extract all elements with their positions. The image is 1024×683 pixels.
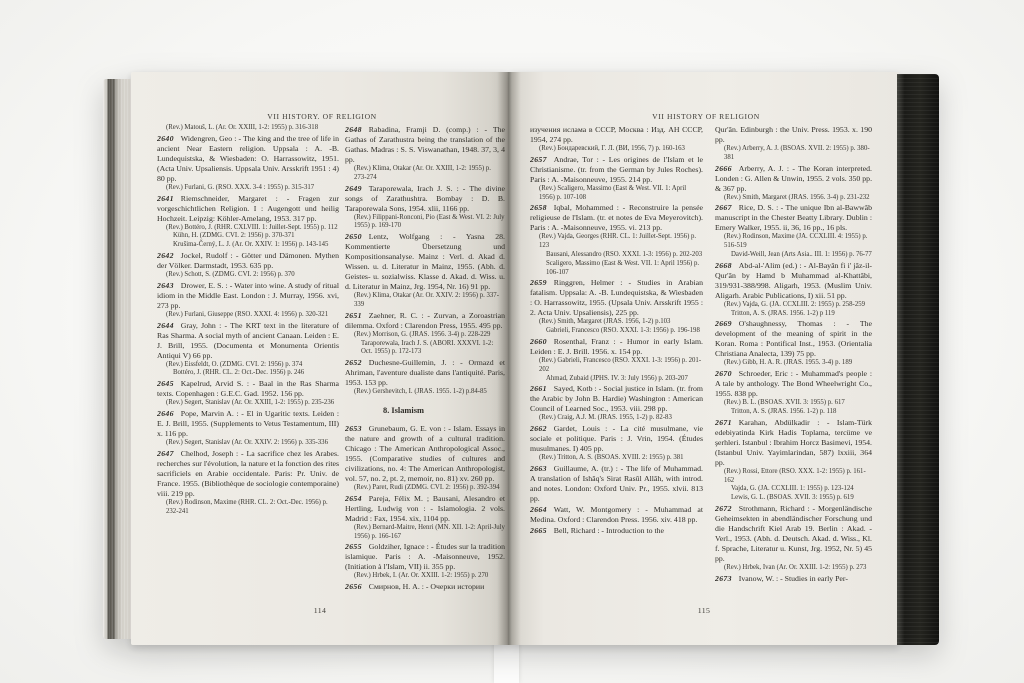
bibliography-entry: 2669O'shaughnessy, Thomas : - The develo… (715, 319, 872, 359)
bibliography-entry: 2671Karahan, Abdülkadir : - Islam-Türk e… (715, 418, 872, 468)
running-header: VII HISTORY OF RELIGION (527, 112, 885, 121)
review-citation: Ahmad, Zubaid (JPHS. IV. 3: July 1956) p… (530, 375, 703, 384)
bibliography-entry: 2642Jockel, Rudolf : - Götter und Dämone… (157, 251, 339, 271)
entry-number: 2670 (715, 369, 732, 378)
review-citation: (Rev.) Bernard-Maitre, Henri (MN. XII. 1… (345, 524, 505, 542)
entry-number: 2648 (345, 125, 362, 134)
entry-number: 2666 (715, 164, 732, 173)
bibliography-entry: 2643Drower, E. S. : - Water into wine. A… (157, 281, 339, 311)
review-citation: (Rev.) Gershevitch, I. (JRAS. 1955. 1-2)… (345, 388, 505, 397)
bibliography-entry: 2651Zaehner, R. C. : - Zurvan, a Zoroast… (345, 311, 505, 331)
entry-number: 2668 (715, 261, 732, 270)
entry-number: 2651 (345, 311, 362, 320)
entry-continuation: Qur'ân. Edinburgh : the Univ. Press. 195… (715, 125, 872, 145)
bibliography-entry: 2648Rabadina, Framji D. (comp.) : - The … (345, 125, 505, 165)
review-citation: (Rev.) Gibb, H. A. R. (JRAS. 1955. 3-4) … (715, 359, 872, 368)
entry-number: 2650 (345, 232, 362, 241)
entry-number: 2660 (530, 337, 547, 346)
review-citation: Gabrieli, Francesco (RSO. XXXI. 1-3: 195… (530, 327, 703, 336)
entry-number: 2654 (345, 494, 362, 503)
entry-number: 2641 (157, 194, 174, 203)
review-citation: (Rev.) Eissfeldt, O. (ZDMG. CVI. 2: 1956… (157, 361, 339, 370)
bibliography-entry: 2641Riemschneider, Margaret : - Fragen z… (157, 194, 339, 224)
entry-number: 2647 (157, 449, 174, 458)
text-column: (Rev.) Matouš, L. (Ar. Or. XXIII, 1-2: 1… (157, 124, 339, 602)
entry-number: 2658 (530, 203, 547, 212)
entry-number: 2665 (530, 526, 547, 535)
entry-number: 2657 (530, 155, 547, 164)
bibliography-entry: 2659Ringgren, Helmer : - Studies in Arab… (530, 278, 703, 318)
review-citation: (Rev.) Klima, Otakar (Ar. Or. XXIV. 2: 1… (345, 292, 505, 310)
bibliography-entry: 2660Rosenthal, Franz : - Humor in early … (530, 337, 703, 357)
entry-number: 2645 (157, 379, 174, 388)
entry-number: 2664 (530, 505, 547, 514)
entry-number: 2672 (715, 504, 732, 513)
entry-number: 2643 (157, 281, 174, 290)
review-citation: (Rev.) Smith, Margaret (JRAS. 1956. 3-4)… (715, 194, 872, 203)
bibliography-entry: 2650Lentz, Wolfgang : - Yasna 28. Kommen… (345, 232, 505, 292)
entry-number: 2644 (157, 321, 174, 330)
review-citation: (Rev.) Бондаревский, Г. Л. (ВИ, 1956, 7)… (530, 145, 703, 154)
review-citation: (Rev.) Arberry, A. J. (BSOAS. XVII. 2: 1… (715, 145, 872, 163)
entry-number: 2655 (345, 542, 362, 551)
review-citation: (Rev.) Hrbek, I. (Ar. Or. XXIII. 1-2: 19… (345, 572, 505, 581)
entry-number: 2642 (157, 251, 174, 260)
review-citation: (Rev.) Furlani, G. (RSO. XXX. 3-4 : 1955… (157, 184, 339, 193)
text-column: изучения ислама в СССР, Москва : Изд. АН… (530, 124, 703, 602)
page-edges-left (103, 79, 133, 639)
text-column: Qur'ân. Edinburgh : the Univ. Press. 195… (715, 124, 872, 602)
review-citation: (Rev.) Hrbek, Ivan (Ar. Or. XXIII. 1-2: … (715, 564, 872, 573)
entry-number: 2652 (345, 358, 362, 367)
review-citation: David-Weill, Jean (Arts Asia.. III. 1: 1… (715, 251, 872, 260)
review-citation: Bausani, Alessandro (RSO. XXXI. 1-3: 195… (530, 251, 703, 260)
bibliography-entry: 2672Strothmann, Richard : - Morgenländis… (715, 504, 872, 564)
review-citation: (Rev.) Morrison, G. (JRAS. 1956. 3-4) p.… (345, 331, 505, 340)
bibliography-entry: 2646Pope, Marvin A. : - El in Ugaritic t… (157, 409, 339, 439)
bibliography-entry: 2661Sayed, Kotb : - Social justice in Is… (530, 384, 703, 414)
review-citation: (Rev.) Furlani, Giuseppe (RSO. XXXI. 4: … (157, 311, 339, 320)
review-citation: Bottéro, J. (RHR. CL. 2: Oct.-Dec. 1956)… (157, 369, 339, 378)
review-citation: Kühn, H. (ZDMG. CVI. 2: 1956) p. 370-371 (157, 232, 339, 241)
bibliography-entry: 2664Watt, W. Montgomery : - Muhammad at … (530, 505, 703, 525)
bibliography-entry: 2649Taraporewala, Irach J. S. : - The di… (345, 184, 505, 214)
review-citation: (Rev.) Gabrieli, Francesco (RSO. XXXI. 1… (530, 357, 703, 375)
bibliography-entry: 2662Gardet, Louis : - La cité musulmane,… (530, 424, 703, 454)
bibliography-entry: 2653Grunebaum, G. E. von : - Islam. Essa… (345, 424, 505, 484)
review-citation: Lewis, G. L. (BSOAS. XVII. 3: 1955) p. 6… (715, 494, 872, 503)
bibliography-entry: 2655Goldziher, Ignace : - Études sur la … (345, 542, 505, 572)
bibliography-entry: 2640Widengren, Geo : - The king and the … (157, 134, 339, 184)
entry-number: 2656 (345, 582, 362, 591)
open-book: VII HISTORY. OF RELIGION (Rev.) Matouš, … (103, 72, 939, 645)
entry-number: 2659 (530, 278, 547, 287)
review-citation: Tritton, A. S. (JRAS. 1956. 1-2) p. 118 (715, 408, 872, 417)
bibliography-entry: 2673Ivanow, W. : - Studies in early Per- (715, 574, 872, 584)
review-citation: Vajda, G. (JA. CCXLIII. 1: 1955) p. 123-… (715, 485, 872, 494)
review-citation: (Rev.) Tritton, A. S. (BSOAS. XVIII. 2: … (530, 454, 703, 463)
entry-number: 2646 (157, 409, 174, 418)
text-column: 2648Rabadina, Framji D. (comp.) : - The … (345, 124, 505, 602)
entry-number: 2640 (157, 134, 174, 143)
book-cover-edge-right (897, 74, 939, 645)
running-header: VII HISTORY. OF RELIGION (149, 112, 495, 121)
review-citation: (Rev.) Vajda, Georges (RHR. CL. 1: Juill… (530, 233, 703, 251)
review-citation: Scaligero, Massimo (East & West. VII. 1:… (530, 260, 703, 278)
bibliography-entry: 2667Rice, D. S. : - The unique Ibn al-Ba… (715, 203, 872, 233)
bibliography-entry: 2665Bell, Richard : - Introduction to th… (530, 526, 703, 536)
page-number: 115 (509, 606, 899, 615)
entry-number: 2669 (715, 319, 732, 328)
entry-number: 2649 (345, 184, 362, 193)
review-citation: (Rev.) Bottéro, J. (RHR. CXLVIII. 1: Jui… (157, 224, 339, 233)
bibliography-entry: 2666Arberry, A. J. : - The Koran interpr… (715, 164, 872, 194)
entry-number: 2671 (715, 418, 732, 427)
review-citation: (Rev.) Scaligero, Massimo (East & West. … (530, 185, 703, 203)
section-heading: 8. Islamism (383, 406, 505, 416)
review-citation: (Rev.) Rossi, Ettore (RSO. XXX. 1-2: 195… (715, 468, 872, 486)
right-page: VII HISTORY OF RELIGION изучения ислама … (509, 72, 899, 645)
review-citation: Tritton, A. S. (JRAS. 1956. 1-2) p 119 (715, 310, 872, 319)
entry-continuation: изучения ислама в СССР, Москва : Изд. АН… (530, 125, 703, 145)
review-citation: (Rev.) Segert, Stanislav (Ar. Or. XXIV. … (157, 439, 339, 448)
review-citation: Taraporewala, Irach J. S. (ABORI. XXXVI.… (345, 340, 505, 358)
entry-number: 2653 (345, 424, 362, 433)
review-citation: (Rev.) Vajda, G. (JA. CCXLIII. 2: 1955) … (715, 301, 872, 310)
bibliography-entry: 2658Iqbal, Mohammed : - Reconstruire la … (530, 203, 703, 233)
entry-number: 2662 (530, 424, 547, 433)
review-citation: (Rev.) Rodinson, Maxime (RHR. CL. 2: Oct… (157, 499, 339, 517)
bibliography-entry: 2663Guillaume, A. (tr.) : - The life of … (530, 464, 703, 504)
bibliography-entry: 2647Chelhod, Joseph : - La sacrifice che… (157, 449, 339, 499)
entry-number: 2667 (715, 203, 732, 212)
review-citation: (Rev.) Craig, A.J. M. (JRAS. 1955, 1-2) … (530, 414, 703, 423)
bibliography-entry: 2670Schroeder, Eric : - Muhammad's peopl… (715, 369, 872, 399)
review-citation: (Rev.) Paret, Rudi (ZDMG. CVI. 2: 1956) … (345, 484, 505, 493)
left-page: VII HISTORY. OF RELIGION (Rev.) Matouš, … (131, 72, 509, 645)
bibliography-entry: 2656Смирнов, Н. А. : - Очерки истории (345, 582, 505, 592)
review-citation: (Rev.) Filippani-Ronconi, Pio (East & We… (345, 214, 505, 232)
bibliography-entry: 2644Gray, John : - The KRT text in the l… (157, 321, 339, 361)
review-citation: (Rev.) Matouš, L. (Ar. Or. XXIII, 1-2: 1… (157, 124, 339, 133)
bibliography-entry: 2645Kapelrud, Arvid S. : - Baal in the R… (157, 379, 339, 399)
review-citation: (Rev.) Smith, Margaret (JRAS. 1956, 1-2)… (530, 318, 703, 327)
review-citation: (Rev.) Rodinson, Maxime (JA. CCXLIII. 4:… (715, 233, 872, 251)
review-citation: (Rev.) B. L. (BSOAS. XVII. 3: 1955) p. 6… (715, 399, 872, 408)
review-citation: (Rev.) Klima, Otakar (Ar. Or. XXIII, 1-2… (345, 165, 505, 183)
review-citation: (Rev.) Segert, Stanislav (Ar. Or. XXIII,… (157, 399, 339, 408)
entry-number: 2661 (530, 384, 547, 393)
entry-number: 2663 (530, 464, 547, 473)
entry-number: 2673 (715, 574, 732, 583)
bibliography-entry: 2657Andrae, Tor : - Les origines de l'Is… (530, 155, 703, 185)
bibliography-entry: 2668Abd-al-'Alim (ed.) : - Al-Bayân fi i… (715, 261, 872, 301)
review-citation: (Rev.) Schott, S. (ZDMG. CVI. 2: 1956) p… (157, 271, 339, 280)
bibliography-entry: 2652Duchesne-Guillemin, J. : - Ormazd et… (345, 358, 505, 388)
review-citation: Krušima-Černý, L. J. (Ar. Or. XXIV. 1: 1… (157, 241, 339, 250)
page-number: 114 (131, 606, 509, 615)
bibliography-entry: 2654Pareja, Félix M. ; Bausani, Alesandr… (345, 494, 505, 524)
